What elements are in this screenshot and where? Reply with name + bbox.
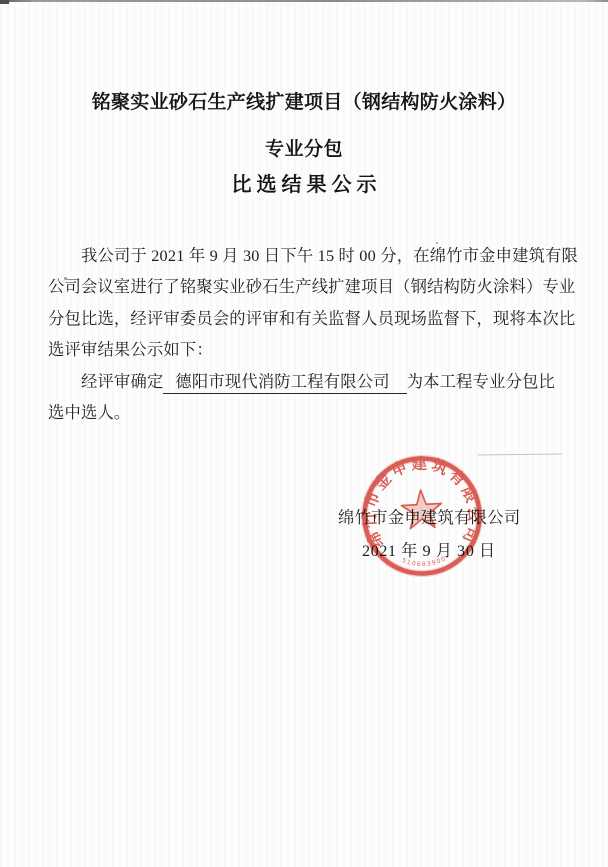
winner-company-name: 德阳市现代消防工程有限公司 — [163, 371, 406, 394]
scanned-document-page: 铭聚实业砂石生产线扩建项目（钢结构防火涂料） 专业分包 比选结果公示 我公司于 … — [0, 0, 608, 867]
company-seal-stamp: 绵竹市金申建筑有限公司 5106839001 — [348, 442, 495, 589]
body-line: 分包比选，经评审委员会的评审和有关监督人员现场监督下，现将本次比 — [48, 303, 566, 334]
document-title-line-3: 比选结果公示 — [0, 168, 608, 197]
body-line: 公司会议室进行了铭聚实业砂石生产线扩建项目（钢结构防火涂料）专业 — [48, 271, 566, 302]
document-title-line-2: 专业分包 — [0, 134, 608, 161]
scan-corner-artifact — [0, 0, 9, 4]
star-icon — [401, 489, 443, 529]
body-line-award: 经评审确定德阳市现代消防工程有限公司为本工程专业分包比 — [48, 366, 566, 397]
award-suffix: 为本工程专业分包比 — [407, 372, 555, 391]
scan-line-artifact — [478, 454, 562, 456]
award-prefix: 经评审确定 — [81, 372, 163, 391]
scan-speck — [436, 242, 438, 244]
document-title-line-1: 铭聚实业砂石生产线扩建项目（钢结构防火涂料） — [0, 87, 608, 114]
body-line: 选评审结果公示如下： — [48, 334, 566, 365]
body-line: 选中选人。 — [48, 397, 566, 428]
scan-speck — [64, 277, 67, 280]
body-paragraphs: 我公司于 2021 年 9 月 30 日下午 15 时 00 分，在绵竹市金申建… — [48, 240, 566, 428]
scan-top-edge-artifact — [0, 0, 608, 2]
body-line: 我公司于 2021 年 9 月 30 日下午 15 时 00 分，在绵竹市金申建… — [48, 240, 566, 271]
